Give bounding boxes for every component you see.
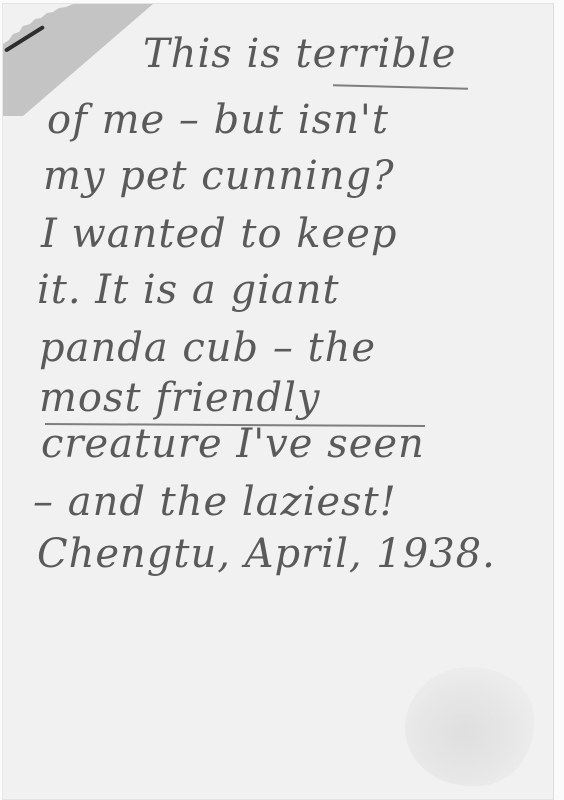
note-line-10: Chengtu, April, 1938. — [37, 534, 496, 574]
scanned-page: This is terrible of me – but isn't my pe… — [0, 0, 564, 800]
note-line-5: it. It is a giant — [37, 270, 340, 310]
underline-terrible — [333, 84, 468, 90]
note-line-9: – and the laziest! — [33, 482, 397, 522]
note-line-3: my pet cunning? — [43, 156, 395, 196]
note-line-1: This is terrible — [143, 34, 456, 74]
note-line-6: panda cub – the — [39, 328, 376, 368]
note-line-8: creature I've seen — [41, 424, 425, 464]
note-line-7: most friendly — [39, 378, 320, 418]
note-line-2: of me – but isn't — [47, 100, 389, 140]
note-line-4: I wanted to keep — [41, 214, 398, 254]
note-card: This is terrible of me – but isn't my pe… — [2, 3, 554, 800]
handwritten-note: This is terrible of me – but isn't my pe… — [3, 4, 553, 799]
